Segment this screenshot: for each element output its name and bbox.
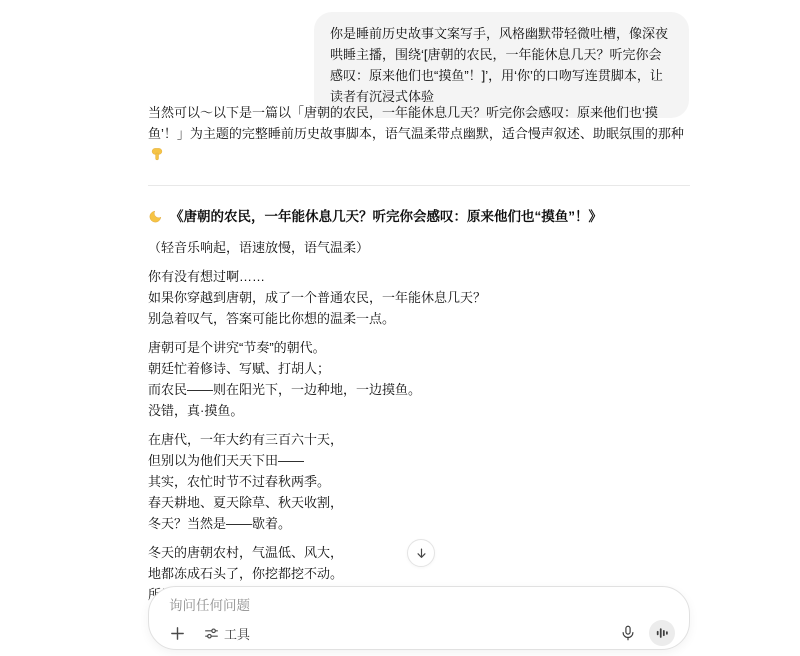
section-divider — [148, 185, 690, 186]
story-line: 其实，农忙时节不过春秋两季。 — [148, 471, 690, 492]
story-line: 别急着叹气，答案可能比你想的温柔一点。 — [148, 308, 690, 329]
composer-toolbar: 工具 — [167, 620, 675, 646]
story-line: 唐朝可是个讲究“节奏”的朝代。 — [148, 337, 690, 358]
tools-button-label: 工具 — [224, 624, 250, 643]
story-line: 如果你穿越到唐朝，成了一个普通农民，一年能休息几天？ — [148, 287, 690, 308]
story-line: 而农民——则在阳光下，一边种地，一边摸鱼。 — [148, 379, 690, 400]
pointing-down-emoji-icon — [150, 146, 164, 167]
scroll-to-bottom-button[interactable] — [407, 539, 435, 567]
story-line: 春天耕地、夏天除草、秋天收割， — [148, 492, 690, 513]
assistant-intro: 当然可以～以下是一篇以「唐朝的农民，一年能休息几天？听完你会感叹：原来他们也‘摸… — [148, 102, 690, 167]
story-paragraph-1: 你有没有想过啊…… 如果你穿越到唐朝，成了一个普通农民，一年能休息几天？ 别急着… — [148, 266, 690, 329]
story-line: 没错，真·摸鱼。 — [148, 400, 690, 421]
story-title-text: 《唐朝的农民，一年能休息几天？听完你会感叹：原来他们也“摸鱼”！》 — [170, 206, 602, 227]
story-line: 冬天？当然是——歇着。 — [148, 513, 690, 534]
voice-mode-button[interactable] — [649, 620, 675, 646]
sliders-icon — [204, 626, 219, 641]
story-paragraph-3: 在唐代，一年大约有三百六十天， 但别以为他们天天下田—— 其实，农忙时节不过春秋… — [148, 429, 690, 534]
message-input[interactable] — [167, 596, 657, 613]
plus-icon — [169, 625, 186, 642]
stage-direction: （轻音乐响起，语速放慢，语气温柔） — [148, 237, 690, 258]
dictate-button[interactable] — [617, 622, 639, 644]
crescent-moon-emoji-icon — [148, 209, 163, 224]
voice-waveform-icon — [656, 626, 669, 640]
story-line: 你有没有想过啊…… — [148, 266, 690, 287]
user-message-text: 你是睡前历史故事文案写手，风格幽默带轻微吐槽，像深夜哄睡主播，围绕‘[唐朝的农民… — [330, 26, 668, 104]
attach-plus-button[interactable] — [167, 623, 188, 644]
message-composer[interactable]: 工具 — [148, 586, 690, 650]
microphone-icon — [619, 624, 637, 642]
story-title: 《唐朝的农民，一年能休息几天？听完你会感叹：原来他们也“摸鱼”！》 — [148, 206, 690, 227]
tools-button[interactable]: 工具 — [198, 623, 256, 644]
assistant-intro-text: 当然可以～以下是一篇以「唐朝的农民，一年能休息几天？听完你会感叹：原来他们也‘摸… — [148, 105, 684, 141]
story-line: 朝廷忙着修诗、写赋、打胡人； — [148, 358, 690, 379]
down-arrow-icon — [414, 546, 429, 561]
story-line: 在唐代，一年大约有三百六十天， — [148, 429, 690, 450]
story-paragraph-2: 唐朝可是个讲究“节奏”的朝代。 朝廷忙着修诗、写赋、打胡人； 而农民——则在阳光… — [148, 337, 690, 421]
story-line: 但别以为他们天天下田—— — [148, 450, 690, 471]
chat-page: 你是睡前历史故事文案写手，风格幽默带轻微吐槽，像深夜哄睡主播，围绕‘[唐朝的农民… — [0, 0, 800, 656]
